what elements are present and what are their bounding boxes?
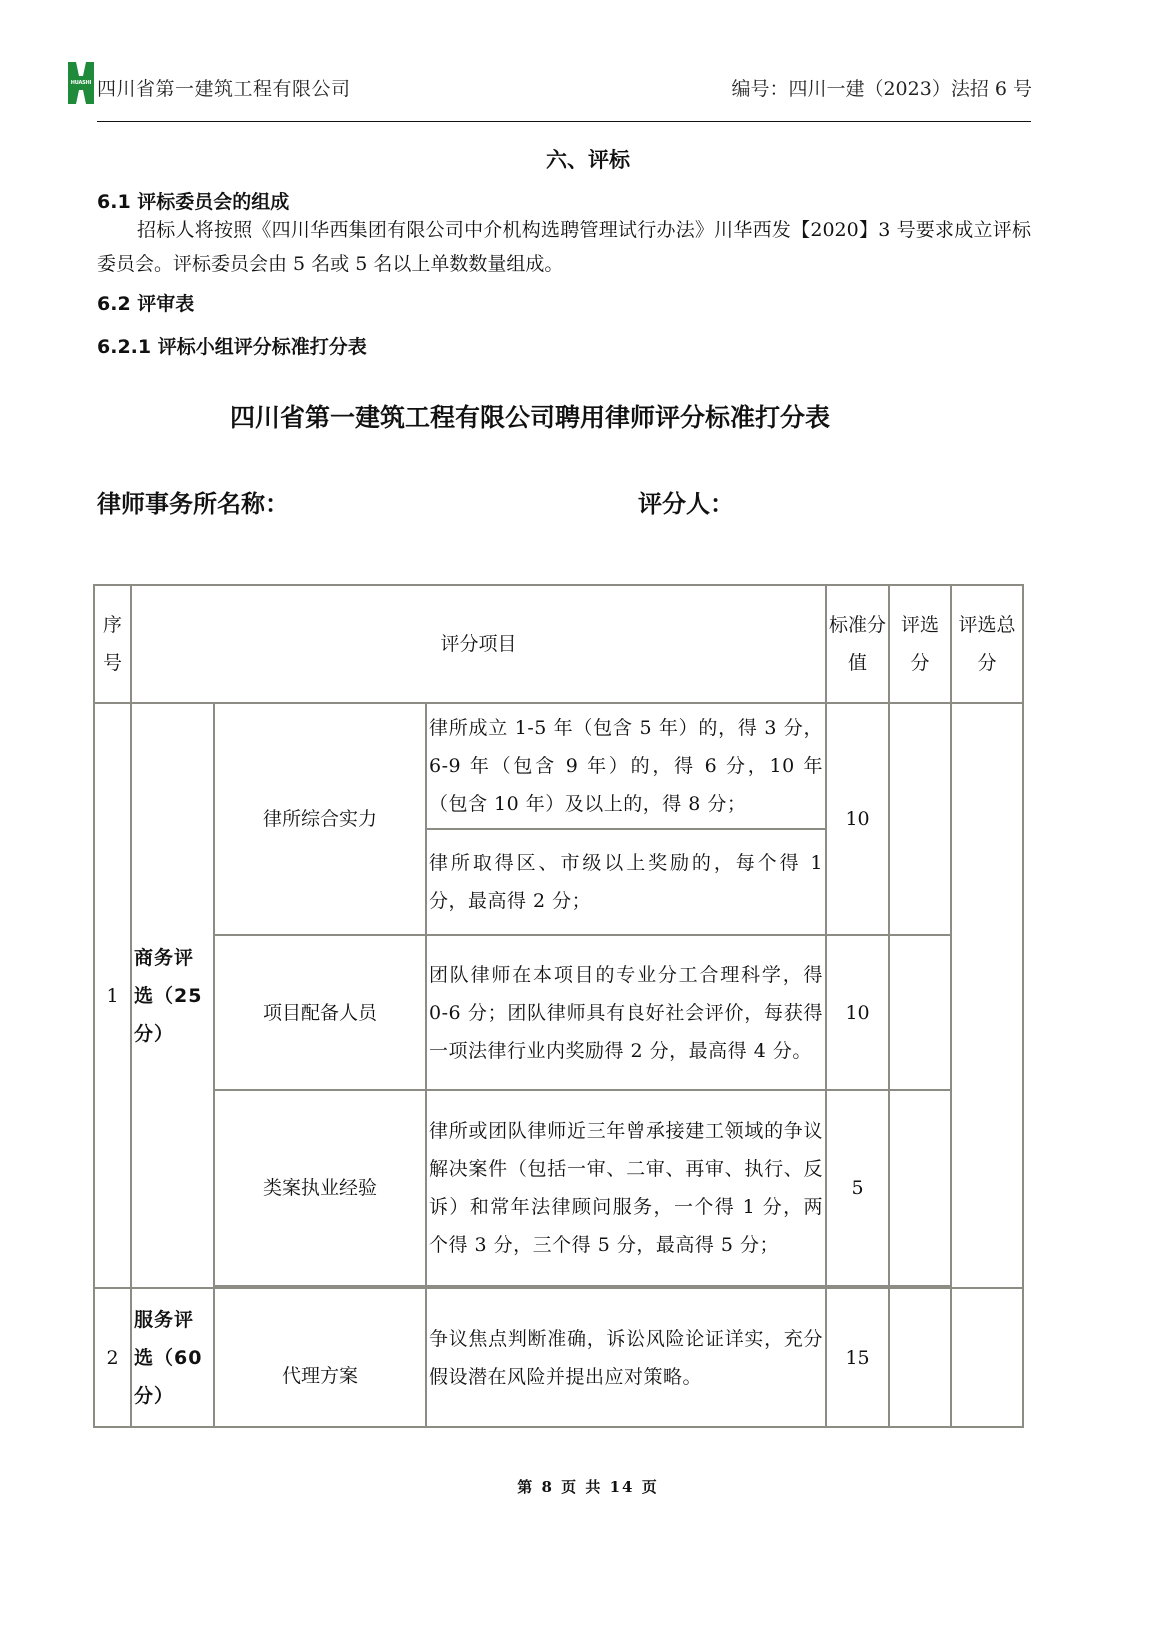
seq-cell: 1	[94, 703, 131, 1288]
header-total: 评选总分	[951, 585, 1023, 703]
score-input-cell[interactable]	[889, 703, 951, 935]
item-name-cell: 类案执业经验	[214, 1090, 426, 1286]
header-divider	[97, 121, 1031, 122]
paragraph-6-1: 招标人将按照《四川华西集团有限公司中介机构选聘管理试行办法》川华西发【2020】…	[97, 213, 1031, 281]
category-cell: 商务评选（25 分）	[131, 703, 214, 1288]
score-input-cell[interactable]	[889, 1090, 951, 1286]
firm-name-label: 律师事务所名称：	[97, 484, 289, 519]
standard-score-cell: 5	[826, 1090, 889, 1286]
table-header-row: 序号 评分项目 标准分值 评选分 评选总分	[94, 585, 1023, 703]
header-doc-number: 编号：四川一建（2023）法招 6 号	[731, 74, 1032, 101]
form-title: 四川省第一建筑工程有限公司聘用律师评分标准打分表	[0, 398, 1060, 434]
standard-score-cell: 15	[826, 1288, 889, 1427]
item-name-cell: 代理方案	[214, 1288, 426, 1427]
header-score: 评选分	[889, 585, 951, 703]
criteria-cell: 律所成立 1-5 年（包含 5 年）的，得 3 分，6-9 年（包含 9 年）的…	[426, 703, 826, 829]
score-input-cell[interactable]	[889, 1288, 951, 1427]
page-footer: 第 8 页 共 14 页	[0, 1476, 1176, 1497]
criteria-cell: 团队律师在本项目的专业分工合理科学，得 0-6 分；团队律师具有良好社会评价，每…	[426, 935, 826, 1090]
standard-score-cell: 10	[826, 703, 889, 935]
table-row: 2 服务评选（60 分） 代理方案 争议焦点判断准确，诉讼风险论证详实，充分假设…	[94, 1288, 1023, 1427]
scorer-label: 评分人：	[638, 484, 734, 519]
heading-6-1: 6.1 评标委员会的组成	[97, 187, 289, 214]
header-company-name: 四川省第一建筑工程有限公司	[97, 74, 351, 101]
category-cell: 服务评选（60 分）	[131, 1288, 214, 1427]
heading-6-2-1: 6.2.1 评标小组评分标准打分表	[97, 332, 367, 359]
header-standard: 标准分值	[826, 585, 889, 703]
criteria-cell: 律所取得区、市级以上奖励的，每个得 1 分，最高得 2 分；	[426, 829, 826, 935]
seq-cell: 2	[94, 1288, 131, 1427]
criteria-cell: 争议焦点判断准确，诉讼风险论证详实，充分假设潜在风险并提出应对策略。	[426, 1288, 826, 1427]
item-name-cell: 律所综合实力	[214, 703, 426, 935]
standard-score-cell: 10	[826, 935, 889, 1090]
total-score-cell[interactable]	[951, 1288, 1023, 1427]
table-row: 1 商务评选（25 分） 律所综合实力 律所成立 1-5 年（包含 5 年）的，…	[94, 703, 1023, 829]
company-logo: HUASHI	[68, 62, 94, 104]
criteria-cell: 律所或团队律师近三年曾承接建工领域的争议解决案件（包括一审、二审、再审、执行、反…	[426, 1090, 826, 1286]
scoring-table: 序号 评分项目 标准分值 评选分 评选总分 1 商务评选（25 分） 律所综合实…	[93, 584, 1024, 1428]
section-title: 六、评标	[0, 144, 1176, 174]
heading-6-2: 6.2 评审表	[97, 289, 194, 316]
header-seq: 序号	[94, 585, 131, 703]
score-input-cell[interactable]	[889, 935, 951, 1090]
table-row: 项目配备人员 团队律师在本项目的专业分工合理科学，得 0-6 分；团队律师具有良…	[94, 935, 1023, 1090]
total-score-cell[interactable]	[951, 703, 1023, 1288]
logo-text: HUASHI	[68, 80, 94, 86]
item-name-cell: 项目配备人员	[214, 935, 426, 1090]
table-row: 类案执业经验 律所或团队律师近三年曾承接建工领域的争议解决案件（包括一审、二审、…	[94, 1090, 1023, 1286]
header-item: 评分项目	[131, 585, 826, 703]
